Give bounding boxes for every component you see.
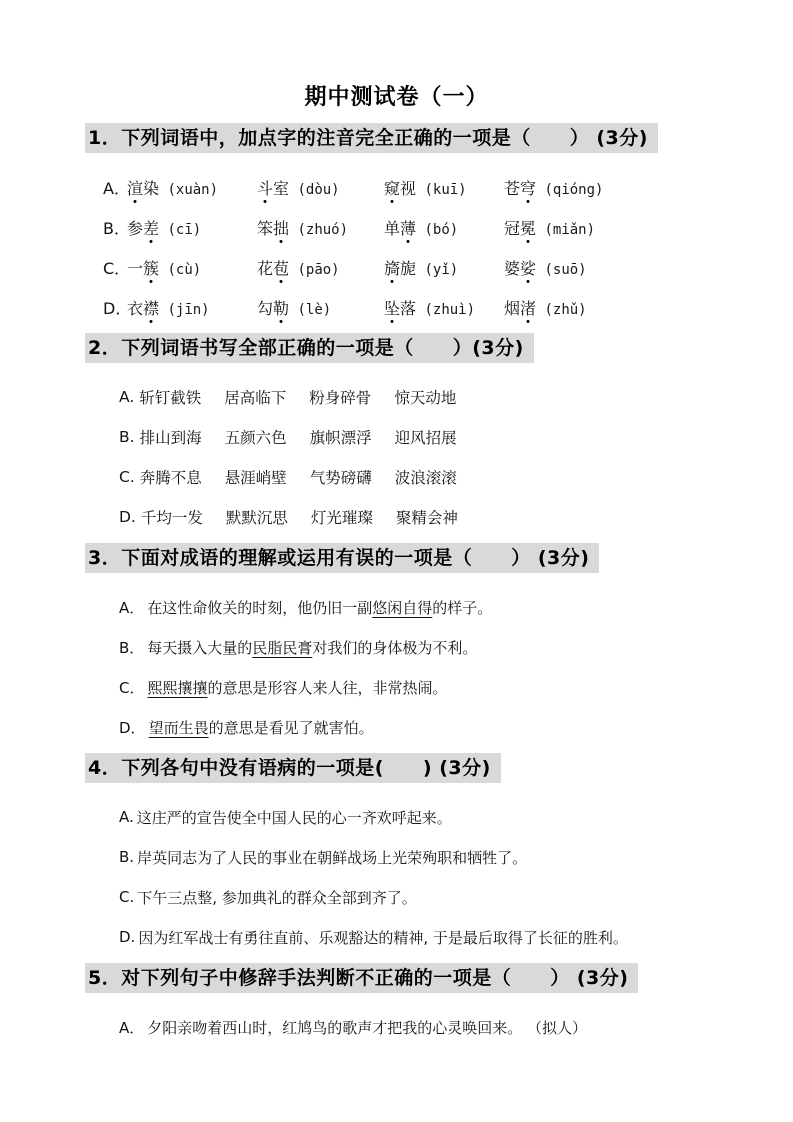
question-4-options: A.这庄严的宣告使全中国人民的心一齐欢呼起来。B.岸英同志为了人民的事业在朝鲜战… [85, 797, 767, 957]
word-with-pinyin: 斗室 (dòu) [257, 176, 384, 199]
word: 参差 [127, 219, 159, 238]
dotted-char: 拙 [273, 216, 289, 239]
pinyin: (zhǔ) [536, 302, 587, 318]
exam-paper-page: 期中测试卷（一） 1．下列词语中，加点字的注音完全正确的一项是（ ） (3分)A… [0, 0, 793, 1047]
dotted-char: 簇 [143, 256, 159, 279]
pinyin: (qióng) [536, 182, 603, 198]
pinyin: (dòu) [289, 182, 340, 198]
word-with-pinyin: 冠冕 (miǎn) [504, 216, 595, 239]
idiom: 五颜六色 [225, 426, 287, 448]
word: 斗室 [257, 179, 289, 198]
option-label: C． [119, 677, 144, 698]
word-with-pinyin: 婆娑 (suō) [504, 256, 587, 279]
question-2-heading: 2．下列词语书写全部正确的一项是（ ）(3分) [85, 333, 534, 363]
idiom: 奔腾不息 [140, 466, 202, 488]
sentence-text: 下午三点整, 参加典礼的群众全部到齐了。 [137, 887, 417, 908]
dotted-char: 窥 [384, 176, 400, 199]
underlined-phrase: 民脂民膏 [252, 637, 312, 658]
option-label: B． [103, 216, 127, 239]
char: 室 [273, 179, 289, 198]
question-4-heading: 4．下列各句中没有语病的一项是( ) (3分) [85, 753, 501, 783]
char: 旎 [400, 259, 416, 278]
word: 苍穹 [504, 179, 536, 198]
dotted-char: 襟 [143, 296, 159, 319]
question-3-option-B: B．每天摄入大量的民脂民膏对我们的身体极为不利。 [85, 627, 767, 667]
word: 窥视 [384, 179, 416, 198]
idiom: 千均一发 [141, 506, 203, 528]
word-with-pinyin: 衣襟 (jīn) [127, 296, 257, 319]
question-3-options: A．在这性命攸关的时刻，他仍旧一副悠闲自得的样子。B．每天摄入大量的民脂民膏对我… [85, 587, 767, 747]
idiom: 气势磅礴 [310, 466, 372, 488]
word: 笨拙 [257, 219, 289, 238]
question-1-option-B: B．参差 (cī)笨拙 (zhuó)单薄 (bó)冠冕 (miǎn) [85, 207, 767, 247]
option-label: A． [119, 597, 144, 618]
word-with-pinyin: 烟渚 (zhǔ) [504, 296, 587, 319]
dotted-char: 娑 [520, 256, 536, 279]
question-4-option-A: A.这庄严的宣告使全中国人民的心一齐欢呼起来。 [85, 797, 767, 837]
word-with-pinyin: 花苞 (pāo) [257, 256, 384, 279]
char: 参 [127, 219, 143, 238]
word: 花苞 [257, 259, 289, 278]
word: 勾勒 [257, 299, 289, 318]
word-with-pinyin: 渲染 (xuàn) [127, 176, 257, 199]
word: 烟渚 [504, 299, 536, 318]
question-3-heading: 3．下面对成语的理解或运用有误的一项是（ ） (3分) [85, 543, 599, 573]
idiom: 悬涯峭壁 [225, 466, 287, 488]
idiom: 旗帜漂浮 [310, 426, 372, 448]
question-5-heading: 5．对下列句子中修辞手法判断不正确的一项是（ ） (3分) [85, 963, 638, 993]
question-1-options: A．渲染 (xuàn)斗室 (dòu)窥视 (kuī)苍穹 (qióng)B．参… [85, 167, 767, 327]
sentence-text: 这庄严的宣告使全中国人民的心一齐欢呼起来。 [137, 807, 452, 828]
question-4-option-D: D.因为红军战士有勇往直前、乐观豁达的精神, 于是最后取得了长征的胜利。 [85, 917, 767, 957]
option-label: A. [119, 808, 134, 826]
question-2-option-B: B.排山到海五颜六色旗帜漂浮迎风招展 [85, 417, 767, 457]
sentence-text: 的意思是形容人来人往，非常热闹。 [208, 677, 448, 698]
question-2-options: A.斩钉截铁居高临下粉身碎骨惊天动地B.排山到海五颜六色旗帜漂浮迎风招展C.奔腾… [85, 377, 767, 537]
char: 婆 [504, 259, 520, 278]
question-2-option-D: D.千均一发默默沉思灯光璀璨聚精会神 [85, 497, 767, 537]
sentence-text: 的意思是看见了就害怕。 [209, 717, 374, 738]
pinyin: (zhuì) [416, 302, 475, 318]
word: 一簇 [127, 259, 159, 278]
word: 单薄 [384, 219, 416, 238]
question-3-option-A: A．在这性命攸关的时刻，他仍旧一副悠闲自得的样子。 [85, 587, 767, 627]
word: 旖旎 [384, 259, 416, 278]
char: 衣 [127, 299, 143, 318]
char: 花 [257, 259, 273, 278]
dotted-char: 穹 [520, 176, 536, 199]
sentence-text: 的样子。 [432, 597, 492, 618]
char: 染 [143, 179, 159, 198]
dotted-char: 旖 [384, 256, 400, 279]
sentence-text: 每天摄入大量的 [147, 637, 252, 658]
idiom: 迎风招展 [395, 426, 457, 448]
dotted-char: 苞 [273, 256, 289, 279]
idiom: 排山到海 [140, 426, 202, 448]
idiom: 默默沉思 [226, 506, 288, 528]
idiom: 惊天动地 [394, 386, 456, 408]
underlined-phrase: 悠闲自得 [372, 597, 432, 618]
sentence-text: 对我们的身体极为不利。 [312, 637, 477, 658]
question-5-options: A．夕阳亲吻着西山时，红鸠鸟的歌声才把我的心灵唤回来。 （拟人） [85, 1007, 767, 1047]
option-label: D. [119, 508, 136, 526]
char: 笨 [257, 219, 273, 238]
question-3-option-C: C．熙熙攘攘的意思是形容人来人往，非常热闹。 [85, 667, 767, 707]
option-label: D． [103, 296, 127, 319]
question-4-option-C: C.下午三点整, 参加典礼的群众全部到齐了。 [85, 877, 767, 917]
char: 勾 [257, 299, 273, 318]
dotted-char: 坠 [384, 296, 400, 319]
dotted-char: 斗 [257, 176, 273, 199]
option-label: B. [119, 848, 134, 866]
char: 落 [400, 299, 416, 318]
option-label: D. [119, 928, 135, 946]
questions-container: 1．下列词语中，加点字的注音完全正确的一项是（ ） (3分)A．渲染 (xuàn… [85, 123, 767, 1047]
question-1-option-A: A．渲染 (xuàn)斗室 (dòu)窥视 (kuī)苍穹 (qióng) [85, 167, 767, 207]
question-1-option-D: D．衣襟 (jīn)勾勒 (lè)坠落 (zhuì)烟渚 (zhǔ) [85, 287, 767, 327]
word-with-pinyin: 窥视 (kuī) [384, 176, 504, 199]
option-label: D． [119, 717, 146, 738]
pinyin: (zhuó) [289, 222, 348, 238]
pinyin: (kuī) [416, 182, 467, 198]
char: 冠 [504, 219, 520, 238]
sentence-text: 在这性命攸关的时刻，他仍旧一副 [147, 597, 372, 618]
pinyin: (bó) [416, 222, 458, 238]
question-1: 1．下列词语中，加点字的注音完全正确的一项是（ ） (3分)A．渲染 (xuàn… [85, 123, 767, 327]
option-label: C. [119, 888, 134, 906]
word: 婆娑 [504, 259, 536, 278]
dotted-char: 勒 [273, 296, 289, 319]
option-label: A. [119, 388, 134, 406]
idiom: 斩钉截铁 [139, 386, 201, 408]
dotted-char: 渲 [127, 176, 143, 199]
word-with-pinyin: 旖旎 (yǐ) [384, 256, 504, 279]
question-4: 4．下列各句中没有语病的一项是( ) (3分)A.这庄严的宣告使全中国人民的心一… [85, 753, 767, 957]
dotted-char: 冕 [520, 216, 536, 239]
pinyin: (cī) [159, 222, 201, 238]
dotted-char: 薄 [400, 216, 416, 239]
word-with-pinyin: 参差 (cī) [127, 216, 257, 239]
question-1-option-C: C．一簇 (cù)花苞 (pāo)旖旎 (yǐ)婆娑 (suō) [85, 247, 767, 287]
sentence-text: 因为红军战士有勇往直前、乐观豁达的精神, 于是最后取得了长征的胜利。 [138, 927, 628, 948]
dotted-char: 渚 [520, 296, 536, 319]
word: 渲染 [127, 179, 159, 198]
word: 衣襟 [127, 299, 159, 318]
option-label: A． [103, 176, 127, 199]
idiom: 居高临下 [224, 386, 286, 408]
dotted-char: 差 [143, 216, 159, 239]
char: 一 [127, 259, 143, 278]
pinyin: (pāo) [289, 262, 340, 278]
option-label: B． [119, 637, 144, 658]
word-with-pinyin: 一簇 (cù) [127, 256, 257, 279]
option-label: C. [119, 468, 135, 486]
idiom: 灯光璀璨 [311, 506, 373, 528]
pinyin: (xuàn) [159, 182, 218, 198]
pinyin: (yǐ) [416, 262, 458, 278]
word-with-pinyin: 坠落 (zhuì) [384, 296, 504, 319]
pinyin: (jīn) [159, 302, 210, 318]
word: 冠冕 [504, 219, 536, 238]
pinyin: (cù) [159, 262, 201, 278]
option-label: C． [103, 256, 127, 279]
option-label: A． [119, 1017, 144, 1038]
underlined-phrase: 熙熙攘攘 [147, 677, 207, 698]
word: 坠落 [384, 299, 416, 318]
question-2-option-A: A.斩钉截铁居高临下粉身碎骨惊天动地 [85, 377, 767, 417]
page-title: 期中测试卷（一） [0, 80, 793, 111]
char: 单 [384, 219, 400, 238]
question-2: 2．下列词语书写全部正确的一项是（ ）(3分)A.斩钉截铁居高临下粉身碎骨惊天动… [85, 333, 767, 537]
char: 苍 [504, 179, 520, 198]
underlined-phrase: 望而生畏 [149, 717, 209, 738]
question-2-option-C: C.奔腾不息悬涯峭壁气势磅礴波浪滚滚 [85, 457, 767, 497]
pinyin: (suō) [536, 262, 587, 278]
idiom: 粉身碎骨 [309, 386, 371, 408]
question-1-heading: 1．下列词语中，加点字的注音完全正确的一项是（ ） (3分) [85, 123, 658, 153]
word-with-pinyin: 苍穹 (qióng) [504, 176, 603, 199]
idiom: 波浪滚滚 [395, 466, 457, 488]
word-with-pinyin: 单薄 (bó) [384, 216, 504, 239]
sentence-text: 夕阳亲吻着西山时，红鸠鸟的歌声才把我的心灵唤回来。 （拟人） [147, 1017, 587, 1038]
question-4-option-B: B.岸英同志为了人民的事业在朝鲜战场上光荣殉职和牺牲了。 [85, 837, 767, 877]
char: 烟 [504, 299, 520, 318]
word-with-pinyin: 笨拙 (zhuó) [257, 216, 384, 239]
sentence-text: 岸英同志为了人民的事业在朝鲜战场上光荣殉职和牺牲了。 [137, 847, 527, 868]
question-5: 5．对下列句子中修辞手法判断不正确的一项是（ ） (3分)A．夕阳亲吻着西山时，… [85, 963, 767, 1047]
char: 视 [400, 179, 416, 198]
question-3-option-D: D．望而生畏的意思是看见了就害怕。 [85, 707, 767, 747]
pinyin: (miǎn) [536, 222, 595, 238]
option-label: B. [119, 428, 135, 446]
question-5-option-A: A．夕阳亲吻着西山时，红鸠鸟的歌声才把我的心灵唤回来。 （拟人） [85, 1007, 767, 1047]
question-3: 3．下面对成语的理解或运用有误的一项是（ ） (3分)A．在这性命攸关的时刻，他… [85, 543, 767, 747]
idiom: 聚精会神 [396, 506, 458, 528]
word-with-pinyin: 勾勒 (lè) [257, 296, 384, 319]
pinyin: (lè) [289, 302, 331, 318]
